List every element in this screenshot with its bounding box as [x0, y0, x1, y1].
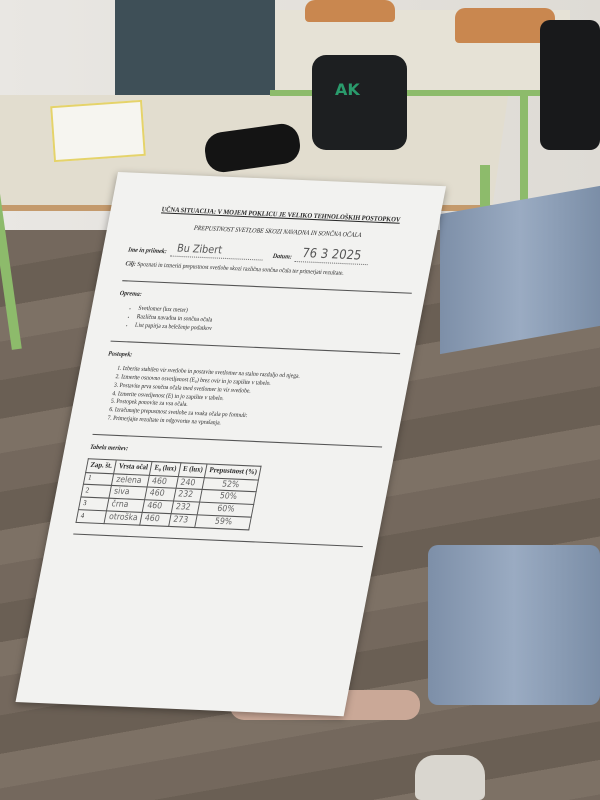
cell-glasses-type: otroška: [104, 511, 142, 525]
cell-index: 3: [78, 497, 109, 511]
procedure-list: Izberite stabilen vir svetlobe in postav…: [102, 365, 395, 435]
cell-transmittance: 59%: [195, 515, 252, 530]
chair: [305, 0, 395, 22]
cell-e0: 460: [140, 512, 171, 526]
goal-label: Cilj:: [125, 261, 136, 268]
shoe: [415, 755, 485, 800]
equipment-list: Svetlomer (lux meter) Različna navadna i…: [126, 306, 407, 343]
cell-e: 232: [171, 501, 200, 515]
date-label: Datum:: [272, 252, 293, 262]
cell-index: 4: [76, 510, 107, 524]
cell-index: 1: [83, 472, 114, 486]
black-bag: [312, 55, 407, 150]
arm-sleeve-upper: [440, 186, 600, 354]
worksheet: UČNA SITUACIJA: V MOJEM POKLICU JE VELIK…: [72, 205, 427, 556]
column-header: E (lux): [178, 463, 207, 477]
cell-e0: 460: [147, 475, 178, 489]
divider: [73, 533, 363, 547]
cell-e0: 460: [145, 487, 176, 501]
arm-sleeve-lower: [428, 545, 600, 705]
date-value: 76 3 2025: [295, 244, 372, 265]
cell-glasses-type: črna: [107, 498, 145, 512]
measurement-table: Zap. št. Vrsta očal E₀ (lux) E (lux) Pre…: [75, 458, 262, 530]
notebook: [50, 100, 146, 162]
cell-glasses-type: siva: [109, 486, 147, 500]
bag-logo: AK: [335, 80, 360, 99]
column-header: E₀ (lux): [150, 462, 181, 476]
backpack: [540, 20, 600, 150]
name-value: Bu Zibert: [170, 241, 266, 260]
desk-leg: [520, 90, 528, 200]
cell-e: 273: [169, 514, 198, 528]
cell-e: 232: [173, 489, 202, 503]
cell-e0: 460: [143, 500, 174, 514]
cell-glasses-type: zelena: [112, 473, 150, 487]
name-label: Ime in priimek:: [127, 246, 167, 257]
cell-index: 2: [81, 485, 112, 499]
goal-text: Spoznati in izmeriti prepustnost svetlob…: [136, 262, 344, 277]
cell-e: 240: [176, 476, 205, 490]
column-header: Zap. št.: [86, 459, 117, 473]
